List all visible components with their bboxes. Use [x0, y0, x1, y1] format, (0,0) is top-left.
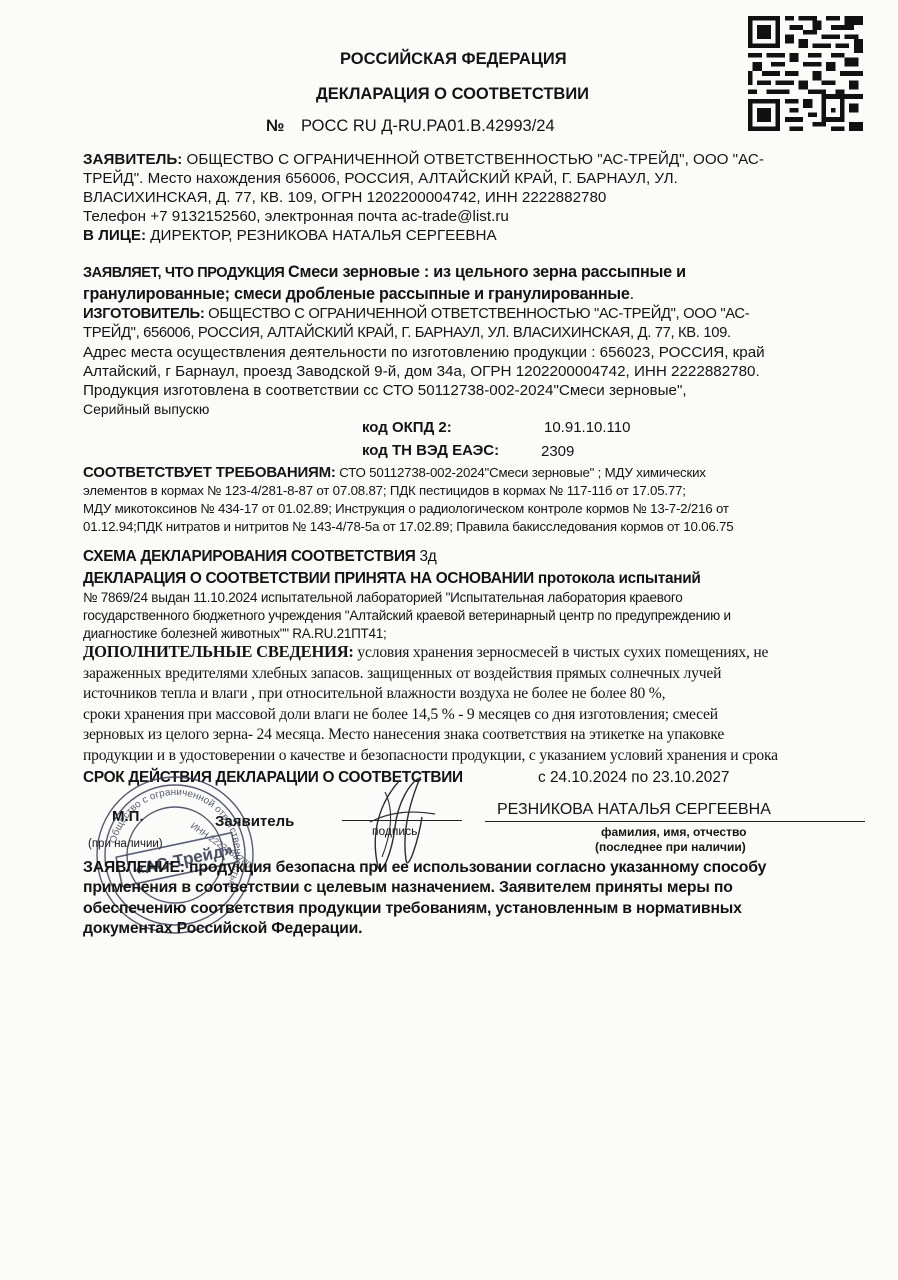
manufacturer-label: ИЗГОТОВИТЕЛЬ:	[83, 306, 204, 322]
applicant-contacts: Телефон +7 9132152560, электронная почта…	[83, 207, 764, 226]
basis-line: государственного бюджетного учреждения "…	[83, 607, 731, 625]
applicant-line: ВЛАСИХИНСКАЯ, Д. 77, КВ. 109, ОГРН 12022…	[83, 188, 764, 207]
okpd-code-label: код ОКПД 2:	[362, 419, 452, 436]
additional-info-line: зерновых из целого зерна- 24 месяца. Мес…	[83, 725, 778, 746]
basis-label: ДЕКЛАРАЦИЯ О СООТВЕТСТВИИ ПРИНЯТА НА ОСН…	[83, 570, 538, 587]
requirements-label: СООТВЕТСТВУЕТ ТРЕБОВАНИЯМ:	[83, 464, 336, 481]
applicant-block: ЗАЯВИТЕЛЬ: ОБЩЕСТВО С ОГРАНИЧЕННОЙ ОТВЕТ…	[83, 150, 764, 245]
tnved-code-value: 2309	[541, 443, 574, 460]
additional-info-line: условия хранения зерносмесей в чистых су…	[354, 644, 769, 661]
document-title: ДЕКЛАРАЦИЯ О СООТВЕТСТВИИ	[316, 85, 589, 104]
requirements-line: СТО 50112738-002-2024"Смеси зерновые" ; …	[336, 465, 706, 480]
product-block: ЗАЯВЛЯЕТ, ЧТО ПРОДУКЦИЯ Смеси зерновые :…	[83, 262, 765, 419]
applicant-label: ЗАЯВИТЕЛЬ:	[83, 151, 182, 168]
production-address: Адрес места осуществления деятельности п…	[83, 343, 765, 362]
tnved-code-label: код ТН ВЭД ЕАЭС:	[362, 442, 499, 459]
scheme-value: 3д	[419, 548, 436, 565]
basis-line: диагностике болезней животных"" RA.RU.21…	[83, 625, 731, 643]
name-caption-note: (последнее при наличии)	[595, 840, 746, 854]
manufacturer-line: ТРЕЙД", 656006, РОССИЯ, АЛТАЙСКИЙ КРАЙ, …	[83, 324, 765, 343]
qr-code-icon	[748, 16, 863, 131]
declaration-number: № РОСС RU Д-RU.РА01.В.42993/24	[266, 117, 555, 136]
additional-info-label: ДОПОЛНИТЕЛЬНЫЕ СВЕДЕНИЯ:	[83, 642, 354, 661]
serial-production: Серийный выпускю	[83, 400, 765, 419]
scheme-label: СХЕМА ДЕКЛАРИРОВАНИЯ СООТВЕТСТВИЯ	[83, 548, 419, 565]
statement-block: ЗАЯВЛЕНИЕ: продукция безопасна при ее ис…	[83, 858, 766, 939]
name-caption: фамилия, имя, отчество	[601, 825, 747, 839]
statement-line: ЗАЯВЛЕНИЕ: продукция безопасна при ее ис…	[83, 858, 766, 878]
scheme-block: СХЕМА ДЕКЛАРИРОВАНИЯ СООТВЕТСТВИЯ 3д	[83, 548, 436, 566]
additional-info-line: продукции и в удостоверении о качестве и…	[83, 746, 778, 767]
product-name-end: .	[630, 285, 634, 303]
basis-label-tail: протокола испытаний	[538, 570, 701, 587]
requirements-line: элементов в кормах № 123-4/281-8-87 от 0…	[83, 482, 733, 500]
okpd-code-value: 10.91.10.110	[544, 419, 630, 436]
additional-info-line: сроки хранения при массовой доли влаги н…	[83, 705, 778, 726]
production-address: Алтайский, г Барнаул, проезд Заводской 9…	[83, 362, 765, 381]
country-heading: РОССИЙСКАЯ ФЕДЕРАЦИЯ	[340, 50, 567, 69]
product-name: Смеси зерновые : из цельного зерна рассы…	[288, 263, 686, 281]
number-value: РОСС RU Д-RU.РА01.В.42993/24	[301, 117, 555, 135]
production-standard: Продукция изготовлена в соответствии сс …	[83, 381, 765, 400]
statement-line: применения в соответствии с целевым назн…	[83, 878, 766, 898]
product-name: гранулированные; смеси дробленые рассыпн…	[83, 285, 630, 303]
representative-value: ДИРЕКТОР, РЕЗНИКОВА НАТАЛЬЯ СЕРГЕЕВНА	[146, 227, 497, 244]
additional-info-block: ДОПОЛНИТЕЛЬНЫЕ СВЕДЕНИЯ: условия хранени…	[83, 642, 778, 766]
statement-line: документах Российской Федерации.	[83, 919, 766, 939]
declares-label: ЗАЯВЛЯЕТ, ЧТО ПРОДУКЦИЯ	[83, 265, 288, 281]
requirements-line: МДУ микотоксинов № 434-17 от 01.02.89; И…	[83, 500, 733, 518]
name-line	[485, 821, 865, 822]
manufacturer-line: ОБЩЕСТВО С ОГРАНИЧЕННОЙ ОТВЕТСТВЕННОСТЬЮ…	[204, 306, 749, 322]
statement-line: обеспечению соответствия продукции требо…	[83, 899, 766, 919]
applicant-line: ТРЕЙД". Место нахождения 656006, РОССИЯ,…	[83, 169, 764, 188]
additional-info-line: зараженных вредителями хлебных запасов. …	[83, 664, 778, 685]
additional-info-line: источников тепла и влаги , при относител…	[83, 684, 778, 705]
applicant-line: ОБЩЕСТВО С ОГРАНИЧЕННОЙ ОТВЕТСТВЕННОСТЬЮ…	[182, 151, 764, 168]
basis-block: ДЕКЛАРАЦИЯ О СООТВЕТСТВИИ ПРИНЯТА НА ОСН…	[83, 569, 731, 643]
requirements-block: СООТВЕТСТВУЕТ ТРЕБОВАНИЯМ: СТО 50112738-…	[83, 464, 733, 536]
basis-line: № 7869/24 выдан 11.10.2024 испытательной…	[83, 589, 731, 607]
representative-label: В ЛИЦЕ:	[83, 227, 146, 244]
requirements-line: 01.12.94;ПДК нитратов и нитритов № 143-4…	[83, 518, 733, 536]
validity-period: с 24.10.2024 по 23.10.2027	[538, 769, 729, 787]
signer-name: РЕЗНИКОВА НАТАЛЬЯ СЕРГЕЕВНА	[497, 801, 771, 819]
number-sign: №	[266, 117, 284, 135]
